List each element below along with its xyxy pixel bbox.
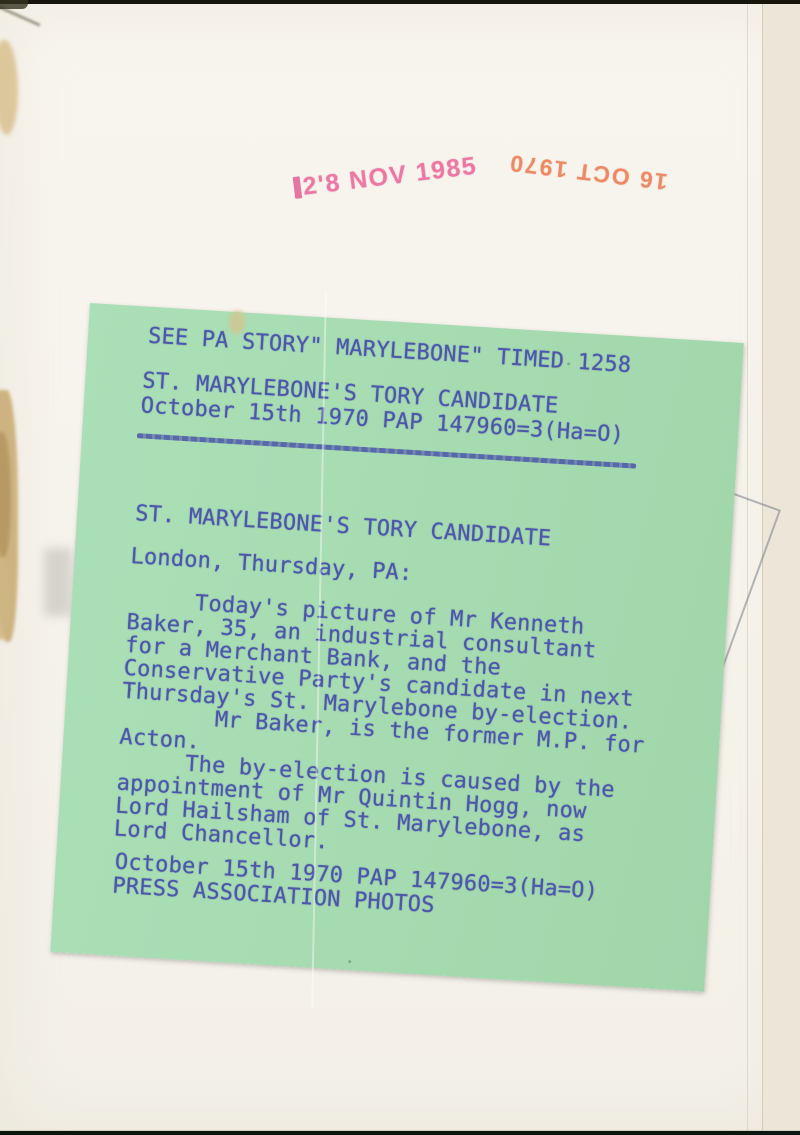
- received-date-stamp-text: 2'8 NOV 1985: [301, 152, 479, 201]
- scan-top-edge: [0, 0, 800, 4]
- story-dateline: London, Thursday, PA:: [130, 545, 413, 585]
- stamp-smudge-mark: [293, 176, 303, 199]
- pencil-smudge: [44, 548, 72, 616]
- scan-top-left-notch: [0, 0, 28, 9]
- scan-right-margin: [762, 0, 800, 1135]
- slip-see-story-line: SEE PA STORY" MARYLEBONE" TIMED 1258: [147, 325, 632, 378]
- caption-slip: SEE PA STORY" MARYLEBONE" TIMED 1258 ST.…: [50, 303, 743, 992]
- received-date-stamp: 2'8 NOV 1985: [292, 152, 479, 203]
- left-edge-stain: [0, 40, 18, 135]
- scan-bottom-edge: [0, 1131, 800, 1135]
- original-date-stamp: 16 OCT 1970: [497, 148, 669, 196]
- story-title: ST. MARYLEBONE'S TORY CANDIDATE: [135, 502, 552, 550]
- ink-speck: [348, 960, 351, 963]
- photo-back-scan: 2'8 NOV 1985 16 OCT 1970 SEE PA STORY" M…: [0, 0, 800, 1135]
